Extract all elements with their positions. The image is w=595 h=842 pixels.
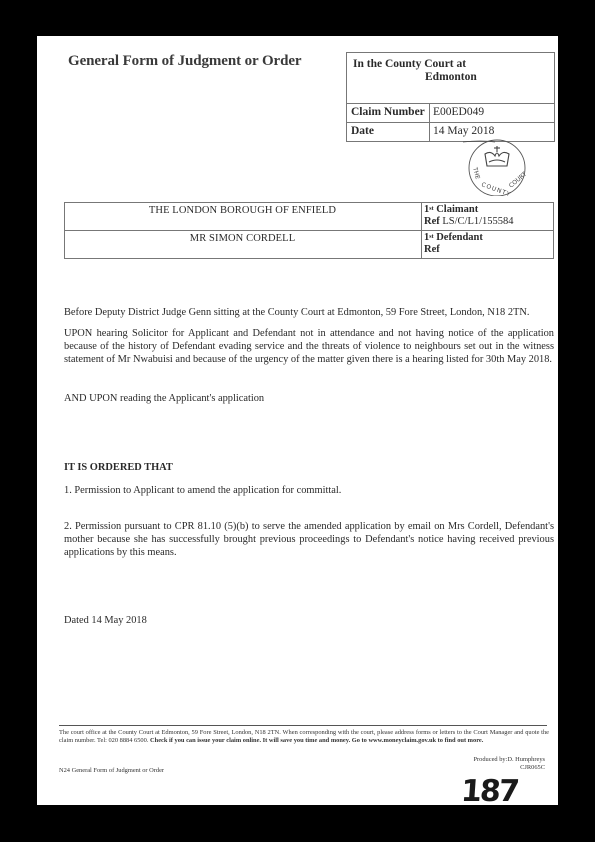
footer-notice: The court office at the County Court at … xyxy=(59,729,549,745)
ordered-heading: IT IS ORDERED THAT xyxy=(64,461,554,474)
claim-number-row: Claim Number E00ED049 xyxy=(347,104,554,123)
claimant-ref: Ref LS/C/L1/155584 xyxy=(424,216,514,227)
dated-line: Dated 14 May 2018 xyxy=(64,614,554,627)
defendant-ref: Ref xyxy=(424,244,440,255)
court-line-1: In the County Court at xyxy=(353,58,466,70)
cell-divider xyxy=(429,123,430,141)
order-item-1: 1. Permission to Applicant to amend the … xyxy=(64,484,554,497)
upon-hearing-paragraph: UPON hearing Solicitor for Applicant and… xyxy=(64,327,554,366)
form-name: N24 General Form of Judgment or Order xyxy=(59,767,164,774)
date-label: Date xyxy=(351,125,374,137)
crown-icon xyxy=(485,146,509,166)
cell-divider xyxy=(429,104,430,122)
and-upon-paragraph: AND UPON reading the Applicant's applica… xyxy=(64,392,554,405)
court-info-box: In the County Court at Edmonton Claim Nu… xyxy=(346,52,555,142)
handwritten-page-number: 187 xyxy=(460,774,519,809)
document-page: General Form of Judgment or Order In the… xyxy=(37,36,558,805)
parties-table: THE LONDON BOROUGH OF ENFIELD 1st Claima… xyxy=(64,202,554,259)
party-row-claimant: THE LONDON BOROUGH OF ENFIELD 1st Claima… xyxy=(65,203,553,231)
claim-number-value: E00ED049 xyxy=(433,106,484,118)
form-code: CJR065C xyxy=(433,764,545,772)
court-line-2: Edmonton xyxy=(425,71,477,83)
claimant-role: 1st Claimant Ref LS/C/L1/155584 xyxy=(424,204,514,228)
svg-text:THE: THE xyxy=(471,166,481,181)
party-row-defendant: MR SIMON CORDELL 1st Defendant Ref xyxy=(65,231,553,258)
cell-divider xyxy=(421,231,422,258)
order-item-2: 2. Permission pursuant to CPR 81.10 (5)(… xyxy=(64,520,554,559)
defendant-role: 1st Defendant Ref xyxy=(424,232,483,256)
footer-notice-bold: Check if you can issue your claim online… xyxy=(150,737,483,744)
footer-producer: Produced by:D. Humphreys CJR065C xyxy=(433,756,545,772)
footer-divider xyxy=(59,725,547,726)
document-title: General Form of Judgment or Order xyxy=(68,53,301,70)
court-name-cell: In the County Court at Edmonton xyxy=(347,53,554,104)
claim-number-label: Claim Number xyxy=(351,106,425,118)
claimant-name: THE LONDON BOROUGH OF ENFIELD xyxy=(65,205,420,216)
cell-divider xyxy=(421,203,422,230)
before-judge-paragraph: Before Deputy District Judge Genn sittin… xyxy=(64,306,554,319)
defendant-name: MR SIMON CORDELL xyxy=(65,233,420,244)
produced-by: Produced by:D. Humphreys xyxy=(433,756,545,764)
court-seal-stamp: THE COUNTY COURT xyxy=(461,136,531,196)
